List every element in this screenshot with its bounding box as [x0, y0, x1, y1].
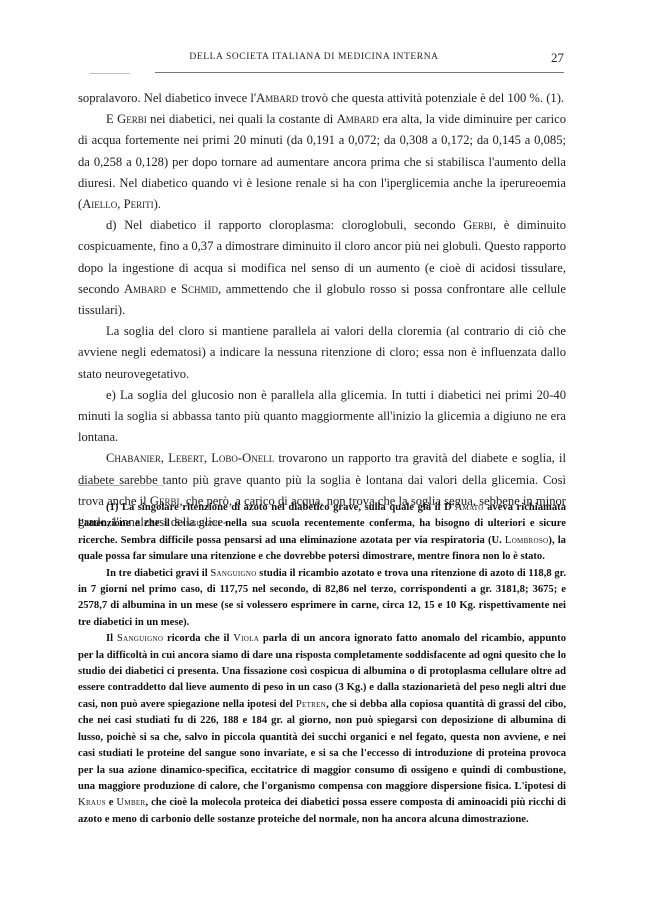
- author-name: Sanguigno: [174, 518, 220, 529]
- text-run: La soglia del cloro si mantiene parallel…: [78, 324, 566, 380]
- text-run: trovò che questa attività potenziale è d…: [298, 91, 564, 105]
- footnote-paragraph: (1) La singolare ritenzione di azoto nel…: [78, 500, 566, 566]
- text-run: e) La soglia del glucosio non è parallel…: [78, 388, 566, 444]
- text-run: In tre diabetici gravi il: [106, 568, 210, 579]
- text-run: e: [106, 797, 117, 808]
- text-run: ricorda che il: [163, 633, 233, 644]
- header-rule-fragment: [90, 73, 130, 74]
- author-name: Ambard: [337, 112, 379, 126]
- author-name: Chabanier: [106, 451, 161, 465]
- body-paragraph: e) La soglia del glucosio non è parallel…: [78, 385, 566, 449]
- author-name: Petren: [296, 699, 326, 710]
- text-run: , che si debba alla copiosa quantità di …: [78, 699, 566, 792]
- body-text: sopralavoro. Nel diabetico invece l'Amba…: [78, 88, 566, 533]
- author-name: Lobo-Onell: [211, 451, 274, 465]
- page-number: 27: [551, 50, 564, 66]
- body-paragraph: d) Nel diabetico il rapporto cloroplasma…: [78, 215, 566, 321]
- author-name: Sanguigno: [117, 633, 163, 644]
- author-name: Gerbi: [463, 218, 493, 232]
- page-header: DELLA SOCIETA ITALIANA DI MEDICINA INTER…: [78, 52, 564, 72]
- text-run: (1) La singolare ritenzione di azoto nel…: [106, 502, 455, 513]
- author-name: Ambard: [256, 91, 298, 105]
- body-paragraph: sopralavoro. Nel diabetico invece l'Amba…: [78, 88, 566, 109]
- author-name: Periti: [124, 197, 154, 211]
- body-paragraph: La soglia del cloro si mantiene parallel…: [78, 321, 566, 385]
- author-name: Amato: [455, 502, 484, 513]
- text-run: , che cioè la molecola proteica dei diab…: [78, 797, 566, 824]
- footnotes: (1) La singolare ritenzione di azoto nel…: [78, 500, 566, 828]
- footnote-paragraph: In tre diabetici gravi il Sanguigno stud…: [78, 566, 566, 632]
- author-name: Kraus: [78, 797, 106, 808]
- author-name: Sanguigno: [210, 568, 256, 579]
- author-name: Umber: [116, 797, 145, 808]
- footnote-paragraph: Il Sanguigno ricorda che il Viola parla …: [78, 631, 566, 828]
- text-run: E: [106, 112, 117, 126]
- author-name: Aiello: [82, 197, 117, 211]
- running-title: DELLA SOCIETA ITALIANA DI MEDICINA INTER…: [144, 52, 484, 62]
- text-run: e: [166, 282, 181, 296]
- text-run: d) Nel diabetico il rapporto cloroplasma…: [106, 218, 463, 232]
- footnote-separator-fragment: [124, 485, 164, 486]
- author-name: Schmid: [181, 282, 218, 296]
- author-name: Lebert: [168, 451, 204, 465]
- author-name: Ambard: [124, 282, 166, 296]
- author-name: Gerbi: [117, 112, 147, 126]
- author-name: Lombroso: [505, 535, 549, 546]
- text-run: Il: [106, 633, 117, 644]
- author-name: Viola: [233, 633, 259, 644]
- text-run: ).: [154, 197, 161, 211]
- text-run: nei diabetici, nei quali la costante di: [147, 112, 337, 126]
- header-rule: [155, 72, 564, 73]
- body-paragraph: E Gerbi nei diabetici, nei quali la cost…: [78, 109, 566, 215]
- text-run: sopralavoro. Nel diabetico invece l': [78, 91, 256, 105]
